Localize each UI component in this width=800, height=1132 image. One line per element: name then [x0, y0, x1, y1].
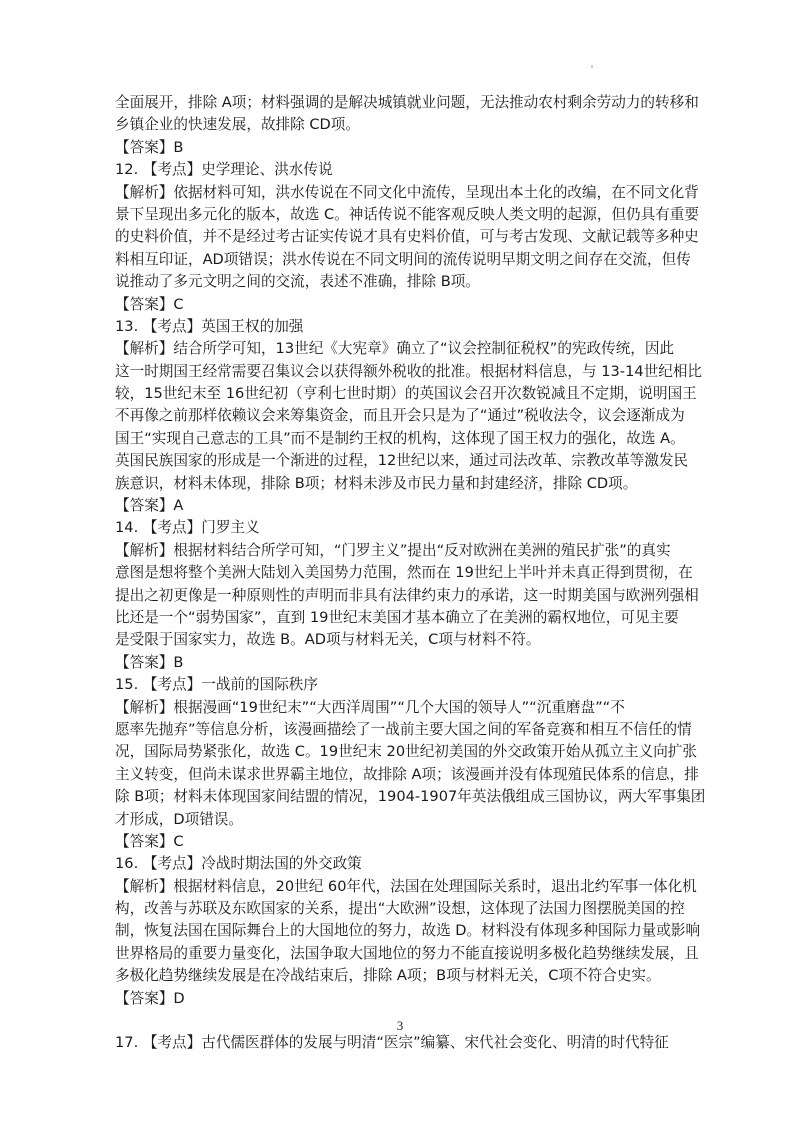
question-heading: 14. 【考点】门罗主义 [115, 517, 687, 539]
answer-line: 【答案】B [115, 652, 687, 674]
text-line: 这一时期国王经常需要召集议会以获得额外税收的批准。根据材料信息，与 13-14世… [115, 361, 687, 383]
text-line: 主义转变，但尚未谋求世界霸主地位，故排除 A项；该漫画并没有体现殖民体系的信息，… [115, 764, 687, 786]
answer-line: 【答案】C [115, 294, 687, 316]
text-line: 世界格局的重要力量变化，法国争取大国地位的努力不能直接说明多极化趋势继续发展，且 [115, 943, 687, 965]
text-line: 乡镇企业的快速发展，故排除 CD项。 [115, 114, 687, 136]
text-line: 国王“实现自己意志的工具”而不是制约王权的机构，这体现了国王权力的强化，故选 A… [115, 428, 687, 450]
question-heading: 17. 【考点】古代儒医群体的发展与明清“医宗”编纂、宋代社会变化、明清的时代特… [115, 1032, 687, 1054]
text-line: 【解析】根据漫画“19世纪末”“大西洋周围”“几个大国的领导人”“沉重磨盘”“不 [115, 697, 687, 719]
text-line: 构，改善与苏联及东欧国家的关系，提出“大欧洲”设想，这体现了法国力图摆脱美国的控 [115, 898, 687, 920]
text-line: 愿率先抛弃”等信息分析，该漫画描绘了一战前主要大国之间的军备竞赛和相互不信任的情 [115, 719, 687, 741]
answer-line: 【答案】A [115, 495, 687, 517]
text-line: 【解析】依据材料可知，洪水传说在不同文化中流传，呈现出本土化的改编，在不同文化背 [115, 182, 687, 204]
answer-line: 【答案】B [115, 137, 687, 159]
text-line: 说推动了多元文明之间的交流，表述不准确，排除 B项。 [115, 271, 687, 293]
text-line: 才形成，D项错误。 [115, 809, 687, 831]
document-page: 全面展开，排除 A项；材料强调的是解决城镇就业问题，无法推动农村剩余劳动力的转移… [115, 92, 687, 1054]
question-heading: 15. 【考点】一战前的国际秩序 [115, 674, 687, 696]
question-heading: 13. 【考点】英国王权的加强 [115, 316, 687, 338]
answer-line: 【答案】D [115, 988, 687, 1010]
scan-mark [591, 65, 593, 68]
text-line: 不再像之前那样依赖议会来筹集资金，而且开会只是为了“通过”税收法令，议会逐渐成为 [115, 405, 687, 427]
text-line: 多极化趋势继续发展是在冷战结束后，排除 A项；B项与材料无关，C项不符合史实。 [115, 965, 687, 987]
text-line: 较，15世纪末至 16世纪初（亨利七世时期）的英国议会召开次数锐减且不定期，说明… [115, 383, 687, 405]
text-line: 比还是一个“弱势国家”，直到 19世纪末美国才基本确立了在美洲的霸权地位，可见主… [115, 607, 687, 629]
text-line: 【解析】根据材料信息，20世纪 60年代，法国在处理国际关系时，退出北约军事一体… [115, 876, 687, 898]
text-line: 景下呈现出多元化的版本，故选 C。神话传说不能客观反映人类文明的起源，但仍具有重… [115, 204, 687, 226]
text-line: 料相互印证，AD项错误；洪水传说在不同文明间的流传说明早期文明之间存在交流，但传 [115, 249, 687, 271]
text-line: 提出之初更像是一种原则性的声明而非具有法律约束力的承诺，这一时期美国与欧洲列强相 [115, 585, 687, 607]
text-line: 制，恢复法国在国际舞台上的大国地位的努力，故选 D。材料没有体现多种国际力量或影… [115, 920, 687, 942]
page-number: 3 [0, 1018, 800, 1034]
question-heading: 16. 【考点】冷战时期法国的外交政策 [115, 853, 687, 875]
question-heading: 12. 【考点】史学理论、洪水传说 [115, 159, 687, 181]
text-line: 况，国际局势紧张化，故选 C。19世纪末 20世纪初美国的外交政策开始从孤立主义… [115, 741, 687, 763]
text-line: 【解析】结合所学可知，13世纪《大宪章》确立了“议会控制征税权”的宪政传统，因此 [115, 338, 687, 360]
answer-line: 【答案】C [115, 831, 687, 853]
text-line: 英国民族国家的形成是一个渐进的过程，12世纪以来，通过司法改革、宗教改革等激发民 [115, 450, 687, 472]
text-line: 的史料价值，并不是经过考古证实传说才具有史料价值，可与考古发现、文献记载等多种史 [115, 226, 687, 248]
text-line: 【解析】根据材料结合所学可知，“门罗主义”提出“反对欧洲在美洲的殖民扩张”的真实 [115, 540, 687, 562]
text-line: 意图是想将整个美洲大陆划入美国势力范围，然而在 19世纪上半叶并未真正得到贯彻，… [115, 562, 687, 584]
text-line: 除 B项；材料未体现国家间结盟的情况，1904-1907年英法俄组成三国协议，两… [115, 786, 687, 808]
text-line: 是受限于国家实力，故选 B。AD项与材料无关，C项与材料不符。 [115, 629, 687, 651]
text-line: 全面展开，排除 A项；材料强调的是解决城镇就业问题，无法推动农村剩余劳动力的转移… [115, 92, 687, 114]
text-line: 族意识，材料未体现，排除 B项；材料未涉及市民力量和封建经济，排除 CD项。 [115, 473, 687, 495]
